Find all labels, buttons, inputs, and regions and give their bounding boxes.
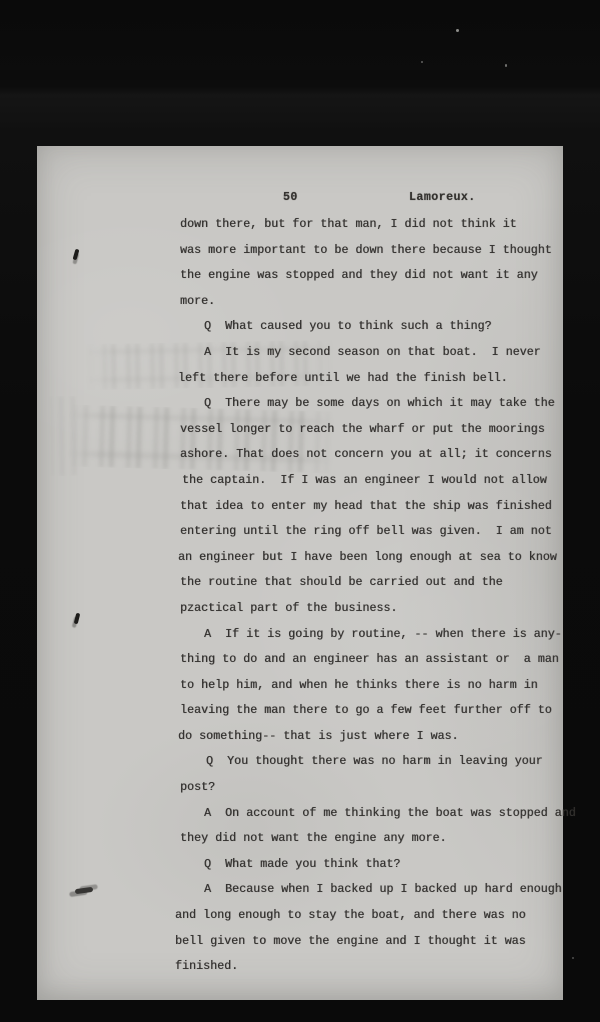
typed-line: Q You thought there was no harm in leavi…	[182, 749, 562, 775]
typed-line: more.	[180, 289, 562, 315]
scan-dust-speck	[456, 29, 459, 32]
typed-line: A Because when I backed up I backed up h…	[180, 877, 562, 903]
typed-line: A It is my second season on that boat. I…	[180, 340, 562, 366]
typed-line: pzactical part of the business.	[180, 596, 562, 622]
typed-line: A On account of me thinking the boat was…	[180, 801, 562, 827]
typed-line: and long enough to stay the boat, and th…	[175, 903, 562, 929]
typed-line: vessel longer to reach the wharf or put …	[180, 417, 562, 443]
scan-dust-speck	[572, 957, 574, 959]
typed-line: Q What caused you to think such a thing?	[180, 314, 562, 340]
typed-line: the captain. If I was an engineer I woul…	[182, 468, 562, 494]
typed-line: the routine that should be carried out a…	[180, 570, 562, 596]
margin-ink-smudge	[75, 887, 94, 894]
typed-line: Q There may be some days on which it may…	[180, 391, 562, 417]
scanned-page: 50 Lamoreux. down there, but for that ma…	[37, 146, 563, 1000]
margin-ink-mark	[74, 613, 81, 625]
typed-line: Q What made you think that?	[180, 852, 562, 878]
typewritten-testimony-body: down there, but for that man, I did not …	[180, 212, 562, 980]
typed-line: to help him, and when he thinks there is…	[180, 673, 562, 699]
witness-name-header: Lamoreux.	[409, 190, 476, 204]
typed-line: left there before until we had the finis…	[178, 366, 562, 392]
typed-line: thing to do and an engineer has an assis…	[180, 647, 562, 673]
typed-line: entering until the ring off bell was giv…	[180, 519, 562, 545]
typed-line: A If it is going by routine, -- when the…	[180, 622, 562, 648]
typed-line: post?	[180, 775, 562, 801]
typed-line: down there, but for that man, I did not …	[180, 212, 562, 238]
typed-line: the engine was stopped and they did not …	[180, 263, 562, 289]
typed-line: that idea to enter my head that the ship…	[180, 494, 562, 520]
scanned-transcript-screenshot: { "document": { "page_number": "50", "wi…	[0, 0, 600, 1022]
typed-line: they did not want the engine any more.	[180, 826, 562, 852]
page-number: 50	[283, 190, 298, 204]
bleedthrough-watermark-edge	[48, 396, 79, 477]
margin-ink-mark	[73, 249, 80, 261]
typed-line: bell given to move the engine and I thou…	[175, 929, 562, 955]
typed-line: finished.	[175, 954, 562, 980]
typed-line: an engineer but I have been long enough …	[178, 545, 562, 571]
typed-line: ashore. That does not concern you at all…	[180, 442, 562, 468]
typed-line: do something-- that is just where I was.	[178, 724, 562, 750]
typed-line: was more important to be down there beca…	[180, 238, 562, 264]
scan-dust-speck	[505, 64, 507, 67]
typed-line: leaving the man there to go a few feet f…	[180, 698, 562, 724]
scan-dust-speck	[421, 61, 423, 63]
